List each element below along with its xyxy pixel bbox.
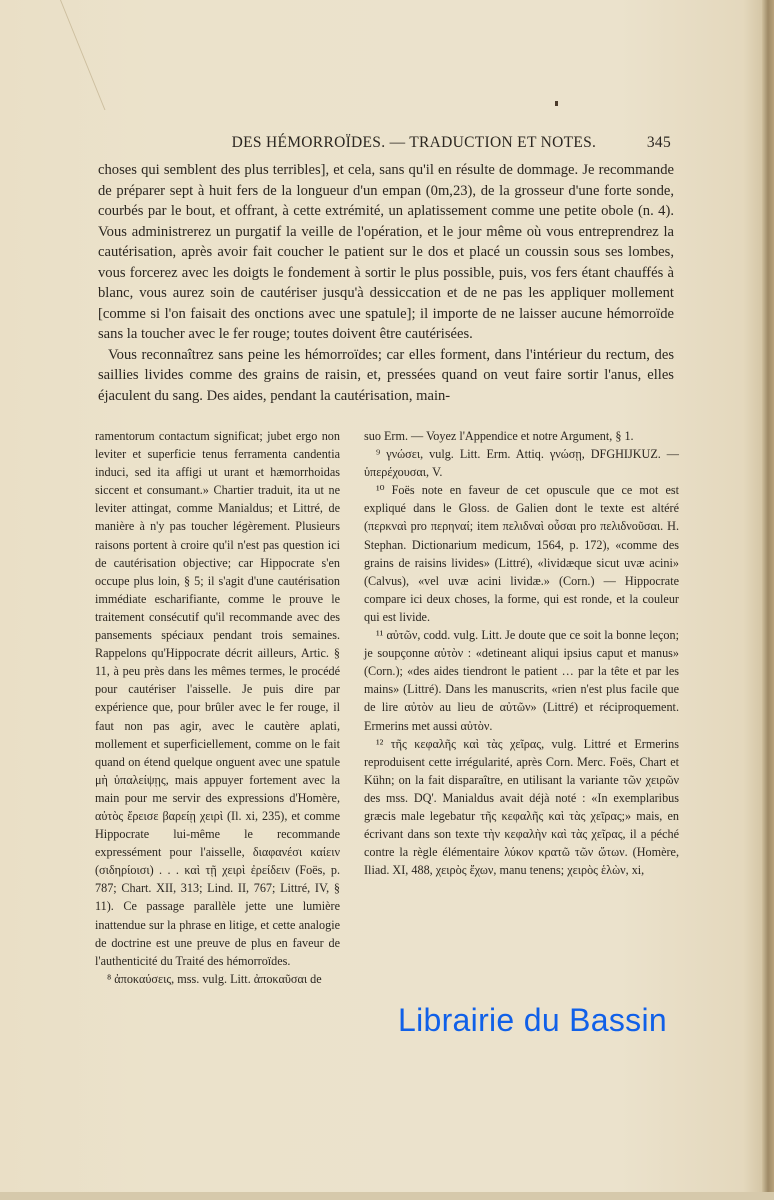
footnotes: ramentorum contactum significat; jubet e…: [95, 427, 679, 988]
book-page: DES HÉMORROÏDES. — TRADUCTION ET NOTES. …: [0, 0, 774, 1200]
page-edge-bottom: [0, 1192, 774, 1200]
body-paragraph: Vous reconnaîtrez sans peine les hémorro…: [98, 345, 674, 407]
footnotes-left-column: ramentorum contactum significat; jubet e…: [95, 427, 340, 988]
page-number: 345: [647, 134, 671, 152]
footnote-12: ¹² τῆς κεφαλῆς καὶ τὰς χεῖρας, vulg. Lit…: [364, 735, 679, 880]
footnote-continuation: ramentorum contactum significat; jubet e…: [95, 427, 340, 970]
ink-speck: [555, 101, 558, 106]
footnote-8: ⁸ ἀποκαύσεις, mss. vulg. Litt. ἀποκαῦσαι…: [95, 970, 340, 988]
running-header: DES HÉMORROÏDES. — TRADUCTION ET NOTES. …: [141, 134, 671, 152]
page-fold-line: [0, 0, 105, 110]
running-head-title: DES HÉMORROÏDES. — TRADUCTION ET NOTES.: [141, 134, 647, 152]
footnote-8-continuation: suo Erm. — Voyez l'Appendice et notre Ar…: [364, 427, 679, 445]
body-paragraph: choses qui semblent des plus terribles],…: [98, 160, 674, 345]
main-text: choses qui semblent des plus terribles],…: [98, 160, 674, 406]
footnote-10: ¹⁰ Foës note en faveur de cet opuscule q…: [364, 481, 679, 626]
page-edge-right: [762, 0, 774, 1200]
footnote-9: ⁹ γνώσει, vulg. Litt. Erm. Attiq. γνώσῃ,…: [364, 445, 679, 481]
watermark-text: Librairie du Bassin: [398, 1002, 667, 1039]
footnote-11: ¹¹ αὐτῶν, codd. vulg. Litt. Je doute que…: [364, 626, 679, 735]
footnotes-right-column: suo Erm. — Voyez l'Appendice et notre Ar…: [364, 427, 679, 988]
